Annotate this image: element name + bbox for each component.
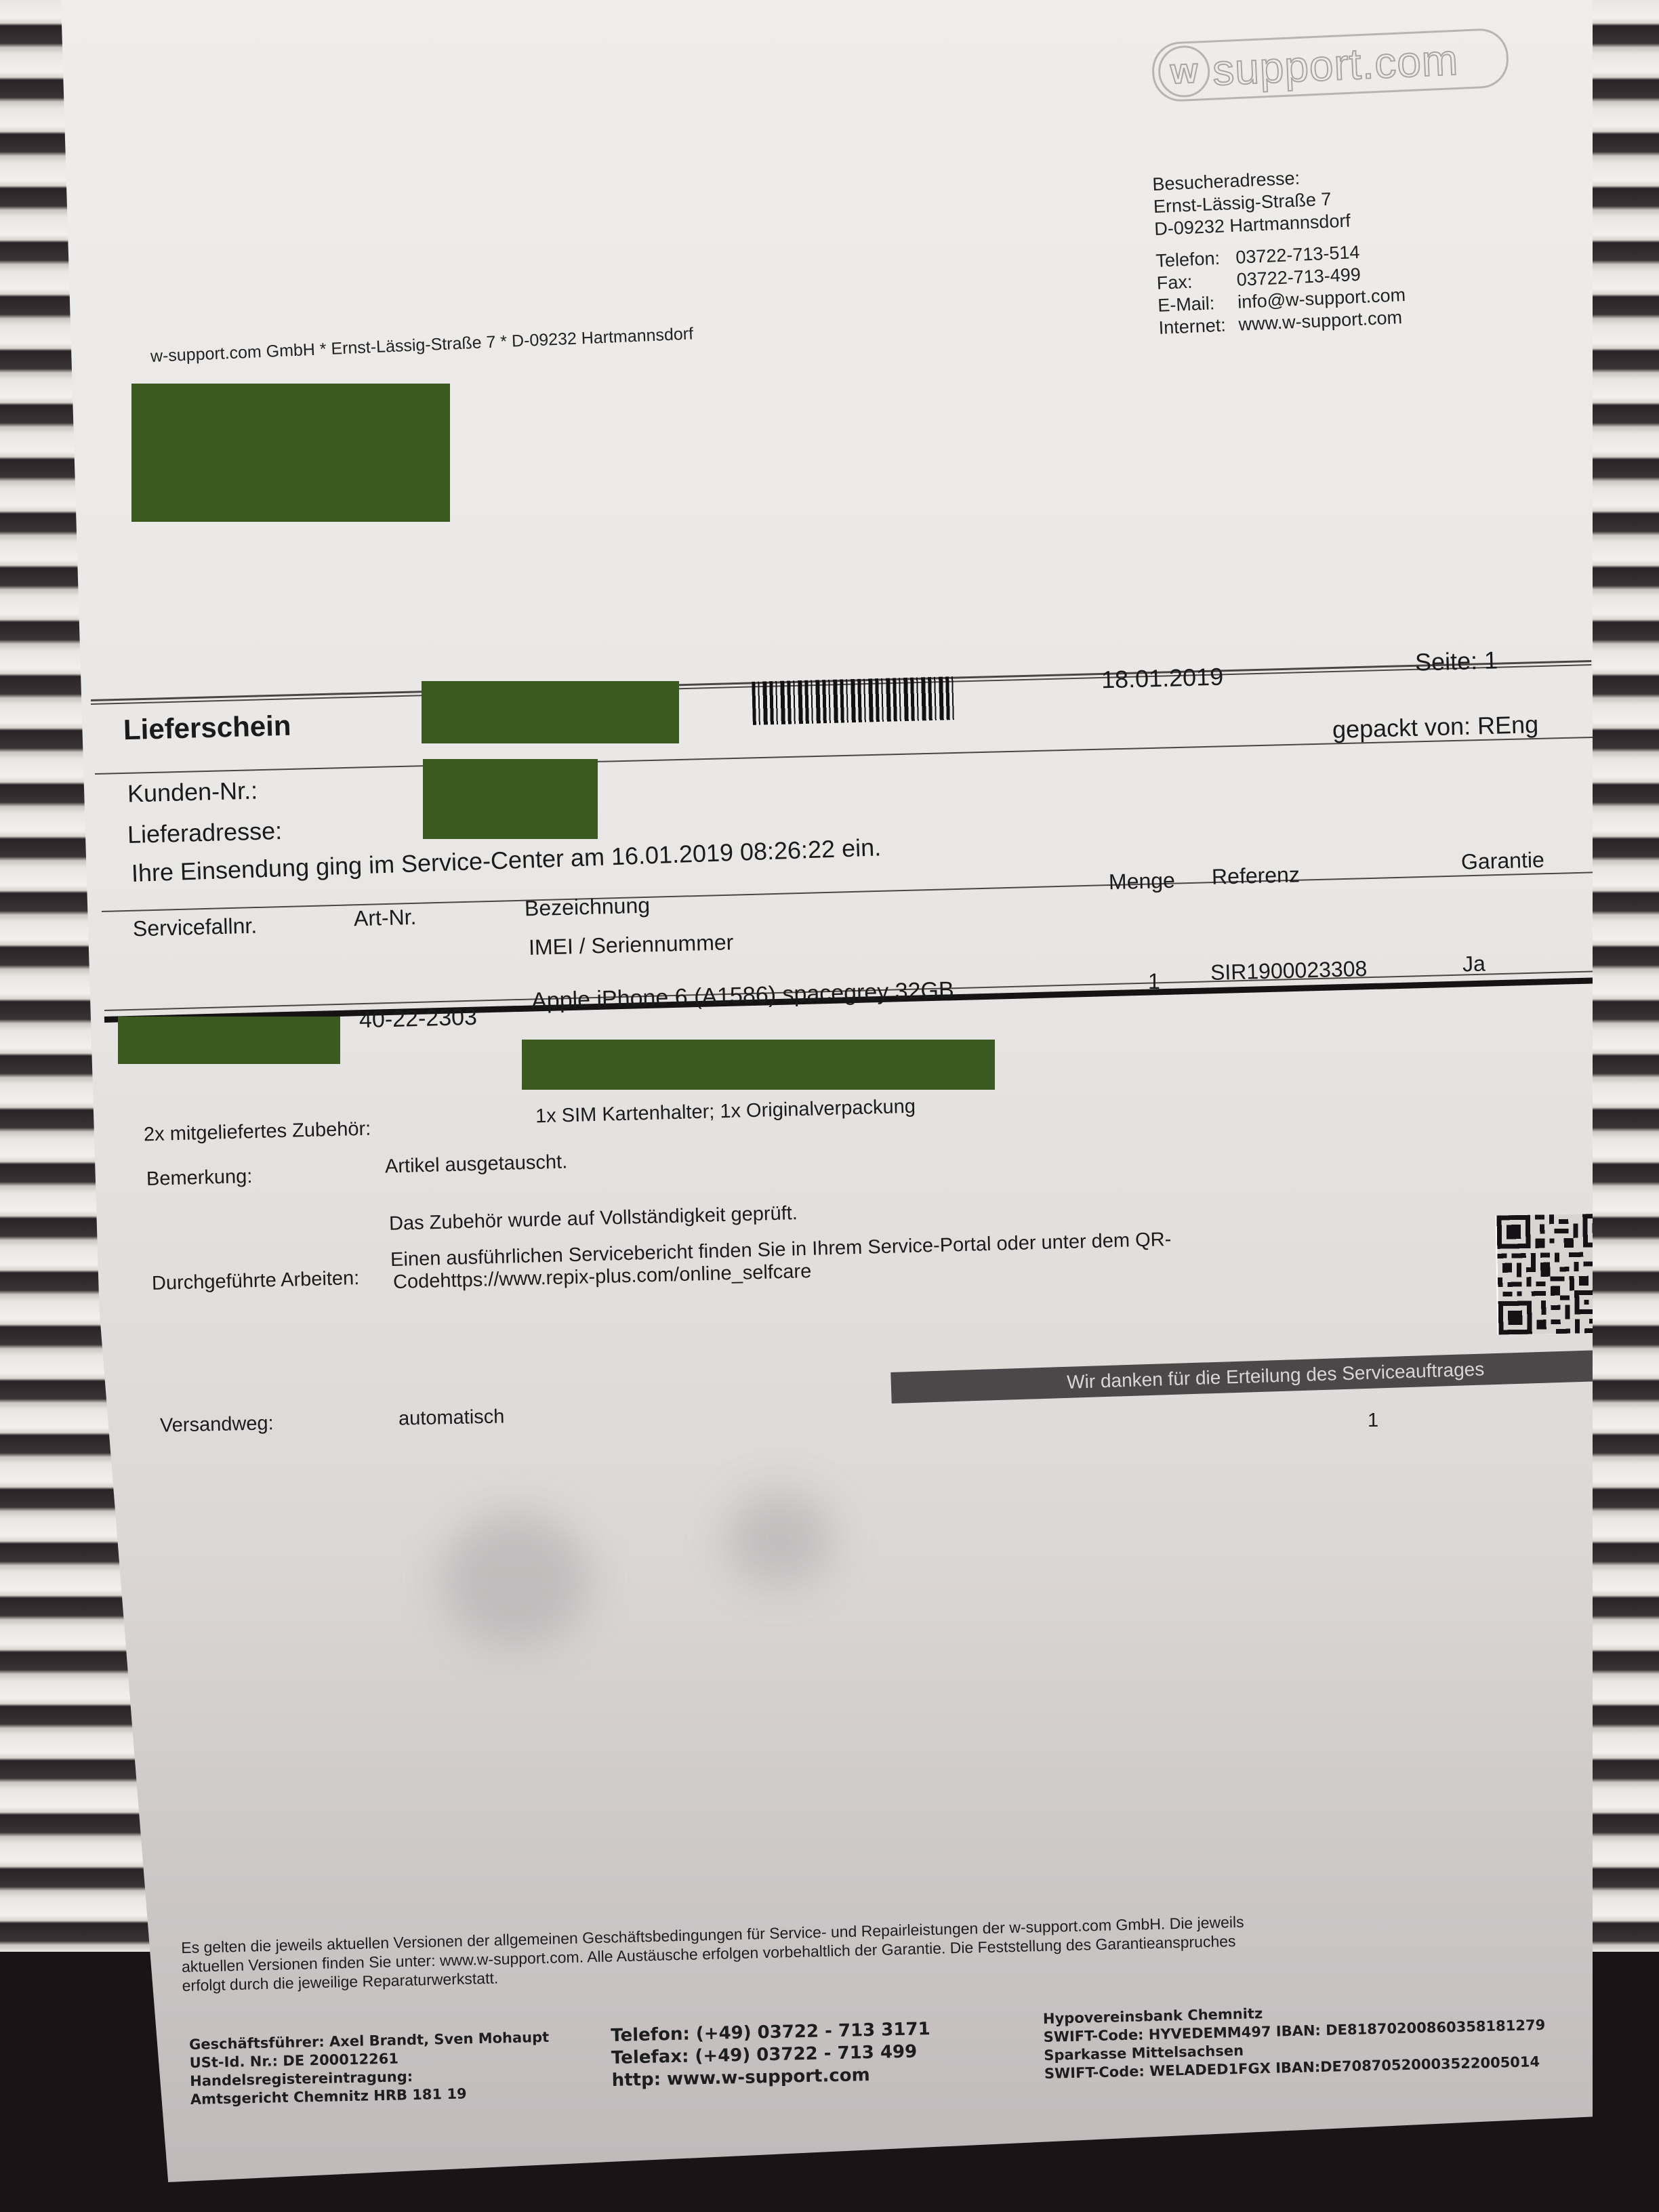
- remark-value: Artikel ausgetauscht.: [385, 1151, 568, 1178]
- document-date: 18.01.2019: [1101, 663, 1223, 695]
- item-description: Apple iPhone 6 (A1586) spacegrey 32GB: [531, 977, 955, 1015]
- column-header-article-number: Art-Nr.: [354, 905, 417, 931]
- item-reference: SIR1900023308: [1210, 956, 1368, 985]
- item-quantity: 1: [1148, 969, 1160, 994]
- customer-number-label: Kunden-Nr.:: [127, 776, 258, 808]
- footer-terms: Es gelten die jeweils aktuellen Versione…: [181, 1912, 1245, 1995]
- footer-bank-info: Hypovereinsbank Chemnitz SWIFT-Code: HYV…: [1043, 1998, 1547, 2083]
- work-performed-label: Durchgeführte Arbeiten:: [152, 1267, 360, 1295]
- logo-w-mark: w: [1158, 45, 1211, 98]
- redacted-customer-number: [423, 759, 598, 839]
- page-number: Seite: 1: [1414, 646, 1498, 676]
- delivery-address-label: Lieferadresse:: [127, 817, 282, 849]
- footer-phone-info: Telefon: (+49) 03722 - 713 3171 Telefax:…: [611, 2018, 931, 2092]
- column-header-quantity: Menge: [1109, 868, 1176, 895]
- column-header-warranty: Garantie: [1461, 847, 1545, 874]
- column-header-description: Bezeichnung: [525, 893, 651, 922]
- column-header-reference: Referenz: [1212, 862, 1300, 889]
- logo-wordmark: support.com: [1212, 35, 1460, 96]
- sender-return-line: w-support.com GmbH * Ernst-Lässig-Straße…: [150, 324, 693, 367]
- packed-by: gepackt von: REng: [1332, 710, 1539, 744]
- visitor-address-block: Besucheradresse: Ernst-Lässig-Straße 7 D…: [1152, 163, 1407, 340]
- barcode: [752, 676, 956, 725]
- accessory-check-note: Das Zubehör wurde auf Vollständigkeit ge…: [389, 1202, 798, 1235]
- redacted-case-number: [118, 1017, 340, 1064]
- redacted-document-number: [422, 681, 679, 743]
- footer-company-info: Geschäftsführer: Axel Brandt, Sven Mohau…: [189, 2028, 550, 2109]
- delivery-note-paper: w support.com Besucheradresse: Ernst-Läs…: [61, 0, 1593, 2182]
- accessories-label: 2x mitgeliefertes Zubehör:: [144, 1118, 371, 1147]
- accessories-value: 1x SIM Kartenhalter; 1x Originalverpacku…: [535, 1096, 916, 1128]
- column-header-case-number: Servicefallnr.: [133, 914, 258, 942]
- article-number: 40-22-2303: [359, 1004, 478, 1034]
- redacted-imei: [522, 1040, 995, 1090]
- item-warranty: Ja: [1462, 951, 1486, 977]
- document-title: Lieferschein: [123, 710, 291, 746]
- redacted-recipient-address: [131, 384, 450, 522]
- remark-label: Bemerkung:: [146, 1166, 253, 1191]
- thank-you-banner: Wir danken für die Erteilung des Service…: [890, 1348, 1659, 1404]
- company-logo: w support.com: [1151, 28, 1509, 103]
- shipping-method-value: automatisch: [398, 1406, 505, 1430]
- paper-stain: [441, 1511, 590, 1647]
- package-count: 1: [1368, 1410, 1378, 1432]
- paper-stain: [725, 1491, 834, 1586]
- shipping-method-label: Versandweg:: [160, 1412, 274, 1437]
- column-header-imei: IMEI / Seriennummer: [529, 930, 734, 960]
